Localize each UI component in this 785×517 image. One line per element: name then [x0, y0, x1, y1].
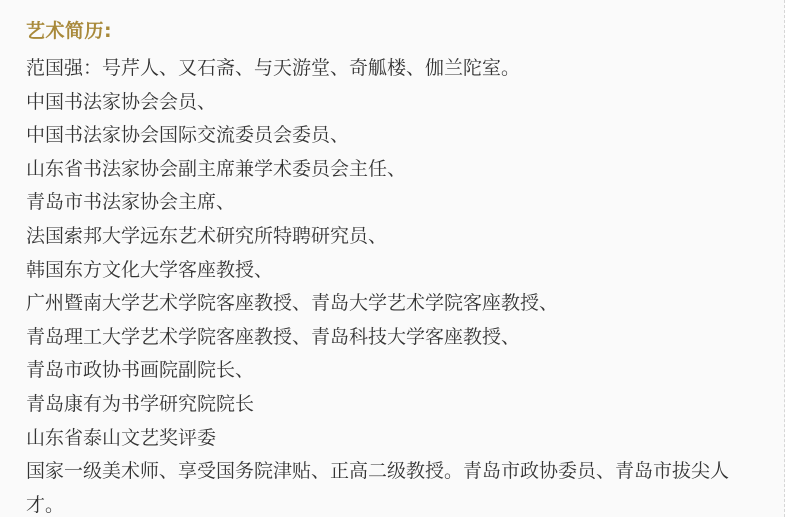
section-heading: 艺术简历: — [26, 14, 785, 48]
bio-line-name: 范国强：号芹人、又石斋、与天游堂、奇觚楼、伽兰陀室。 — [26, 52, 766, 86]
bio-text: 范国强：号芹人、又石斋、与天游堂、奇觚楼、伽兰陀室。 中国书法家协会会员、 中国… — [26, 52, 766, 517]
bio-line: 广州暨南大学艺术学院客座教授、青岛大学艺术学院客座教授、 — [26, 287, 766, 321]
bio-line: 青岛康有为书学研究院院长 — [26, 388, 766, 422]
bio-line: 青岛理工大学艺术学院客座教授、青岛科技大学客座教授、 — [26, 321, 766, 355]
bio-line: 青岛市书法家协会主席、 — [26, 186, 766, 220]
bio-line: 法国索邦大学远东艺术研究所特聘研究员、 — [26, 220, 766, 254]
bio-line-summary: 国家一级美术师、享受国务院津贴、正高二级教授。青岛市政协委员、青岛市拔尖人才。 — [26, 455, 766, 517]
bio-line: 山东省书法家协会副主席兼学术委员会主任、 — [26, 153, 766, 187]
bio-line: 青岛市政协书画院副院长、 — [26, 354, 766, 388]
bio-line: 山东省泰山文艺奖评委 — [26, 422, 766, 456]
bio-line: 韩国东方文化大学客座教授、 — [26, 254, 766, 288]
artist-bio-section: 艺术简历: 范国强：号芹人、又石斋、与天游堂、奇觚楼、伽兰陀室。 中国书法家协会… — [0, 0, 785, 517]
bio-line: 中国书法家协会会员、 — [26, 86, 766, 120]
bio-line: 中国书法家协会国际交流委员会委员、 — [26, 119, 766, 153]
